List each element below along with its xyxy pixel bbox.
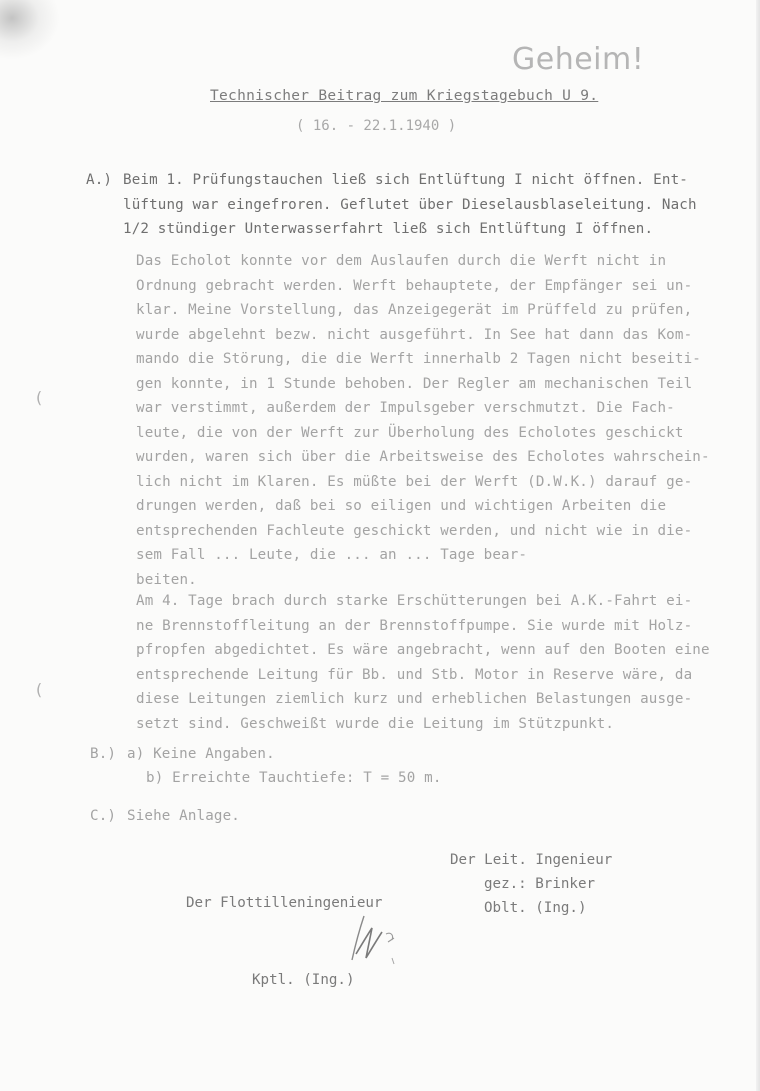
signature-right-rank: Oblt. (Ing.)	[484, 900, 587, 916]
text-line: Am 4. Tage brach durch starke Erschütter…	[136, 593, 692, 609]
signature-right-title: Der Leit. Ingenieur	[450, 852, 612, 868]
text-line: pfropfen abgedichtet. Es wäre angebracht…	[136, 642, 710, 658]
text-line: lüftung war eingefroren. Geflutet über D…	[123, 197, 697, 213]
section-c-label: C.)	[90, 808, 116, 824]
text-line: lich nicht im Klaren. Es müßte bei der W…	[136, 474, 692, 490]
text-line: drungen werden, daß bei so eiligen und w…	[136, 498, 666, 514]
margin-mark: (	[34, 680, 44, 699]
document-title: Technischer Beitrag zum Kriegstagebuch U…	[210, 88, 598, 104]
text-line: entsprechenden Fachleute geschickt werde…	[136, 523, 692, 539]
section-b-item-b: b) Erreichte Tauchtiefe: T = 50 m.	[146, 770, 442, 786]
section-c-text: Siehe Anlage.	[127, 808, 240, 824]
classification-stamp: Geheim!	[512, 42, 644, 77]
text-line: setzt sind. Geschweißt wurde die Leitung…	[136, 716, 614, 732]
text-line: klar. Meine Vorstellung, das Anzeigegerä…	[136, 302, 692, 318]
signature-right-name: gez.: Brinker	[484, 876, 595, 892]
signature-left-rank: Kptl. (Ing.)	[252, 972, 355, 988]
margin-mark: (	[34, 388, 44, 407]
text-line: sem Fall ... Leute, die ... an ... Tage …	[136, 547, 527, 563]
text-line: wurden, waren sich über die Arbeitsweise…	[136, 449, 710, 465]
text-line: gen konnte, in 1 Stunde behoben. Der Reg…	[136, 376, 692, 392]
text-line: diese Leitungen ziemlich kurz und erhebl…	[136, 691, 692, 707]
handwritten-signature	[342, 908, 412, 968]
text-line: entsprechende Leitung für Bb. und Stb. M…	[136, 667, 692, 683]
text-line: Das Echolot konnte vor dem Auslaufen dur…	[136, 253, 666, 269]
section-a-label: A.)	[86, 172, 112, 188]
text-line: leute, die von der Werft zur Überholung …	[136, 425, 684, 441]
text-line: mando die Störung, die die Werft innerha…	[136, 351, 701, 367]
text-line: war verstimmt, außerdem der Impulsgeber …	[136, 400, 675, 416]
page-edge-shadow	[756, 0, 760, 1091]
document-page: Geheim! Technischer Beitrag zum Kriegsta…	[0, 0, 760, 1091]
text-line: Ordnung gebracht werden. Werft behauptet…	[136, 278, 692, 294]
text-line: ne Brennstoffleitung an der Brennstoffpu…	[136, 618, 692, 634]
text-line: 1/2 stündiger Unterwasserfahrt ließ sich…	[123, 221, 653, 237]
date-range: ( 16. - 22.1.1940 )	[296, 118, 456, 134]
text-line: wurde abgelehnt bezw. nicht ausgeführt. …	[136, 327, 692, 343]
section-b-label: B.)	[90, 746, 116, 762]
text-line: Beim 1. Prüfungstauchen ließ sich Entlüf…	[123, 172, 688, 188]
text-line: beiten.	[136, 572, 197, 588]
corner-smudge	[0, 0, 60, 60]
section-b-item-a: a) Keine Angaben.	[127, 746, 275, 762]
